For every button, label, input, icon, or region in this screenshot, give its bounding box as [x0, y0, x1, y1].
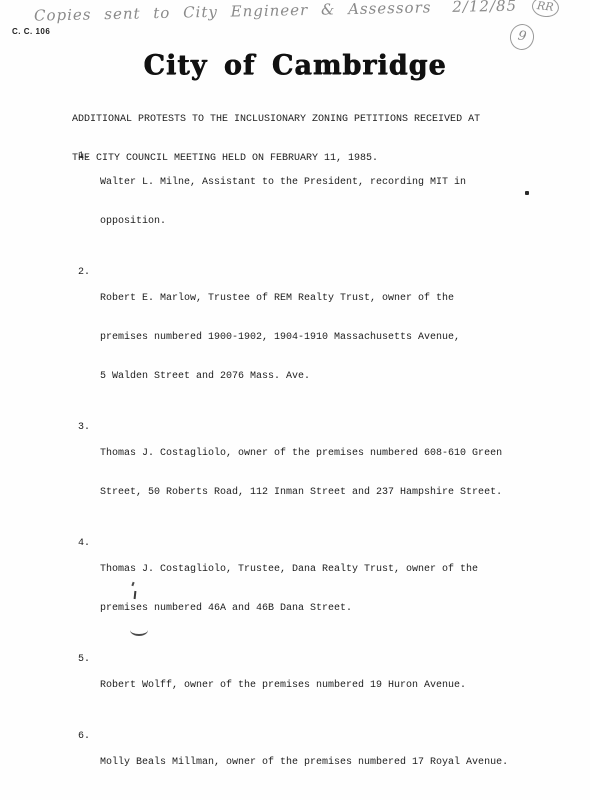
- subtitle-line: ADDITIONAL PROTESTS TO THE INCLUSIONARY …: [72, 113, 480, 126]
- handwritten-initials-circled: RR: [531, 0, 560, 18]
- document-title: City of Cambridge: [0, 50, 590, 81]
- list-item: 3. Thomas J. Costagliolo, owner of the p…: [78, 421, 538, 525]
- item-number: 3.: [78, 421, 100, 525]
- list-item: 5. Robert Wolff, owner of the premises n…: [78, 653, 538, 718]
- item-text: Robert E. Marlow, Trustee of REM Realty …: [100, 266, 460, 409]
- item-number: 2.: [78, 266, 100, 409]
- list-item: 2. Robert E. Marlow, Trustee of REM Real…: [78, 266, 538, 409]
- list-item: 4. Thomas J. Costagliolo, Trustee, Dana …: [78, 537, 538, 641]
- handwritten-annotation: Copies sent to City Engineer & Assessors…: [34, 0, 574, 28]
- list-item: 6. Molly Beals Millman, owner of the pre…: [78, 730, 538, 795]
- item-text: Thomas J. Costagliolo, owner of the prem…: [100, 421, 502, 525]
- item-number: 4.: [78, 537, 100, 641]
- item-number: 6.: [78, 730, 100, 795]
- item-number: 1.: [78, 150, 100, 254]
- item-text: Thomas J. Costagliolo, Trustee, Dana Rea…: [100, 537, 478, 641]
- item-number: 5.: [78, 653, 100, 718]
- item-text: Walter L. Milne, Assistant to the Presid…: [100, 150, 466, 254]
- handwritten-date: 2/12/85: [452, 0, 517, 16]
- list-item: 1. Walter L. Milne, Assistant to the Pre…: [78, 150, 538, 254]
- item-text: Robert Wolff, owner of the premises numb…: [100, 653, 466, 718]
- circled-page-number: 9: [508, 22, 536, 52]
- handwritten-note-text: Copies sent to City Engineer & Assessors: [34, 0, 432, 25]
- form-number: C. C. 106: [12, 27, 50, 36]
- item-text: Molly Beals Millman, owner of the premis…: [100, 730, 508, 795]
- document-page: Copies sent to City Engineer & Assessors…: [0, 0, 590, 800]
- protest-list: 1. Walter L. Milne, Assistant to the Pre…: [78, 150, 538, 800]
